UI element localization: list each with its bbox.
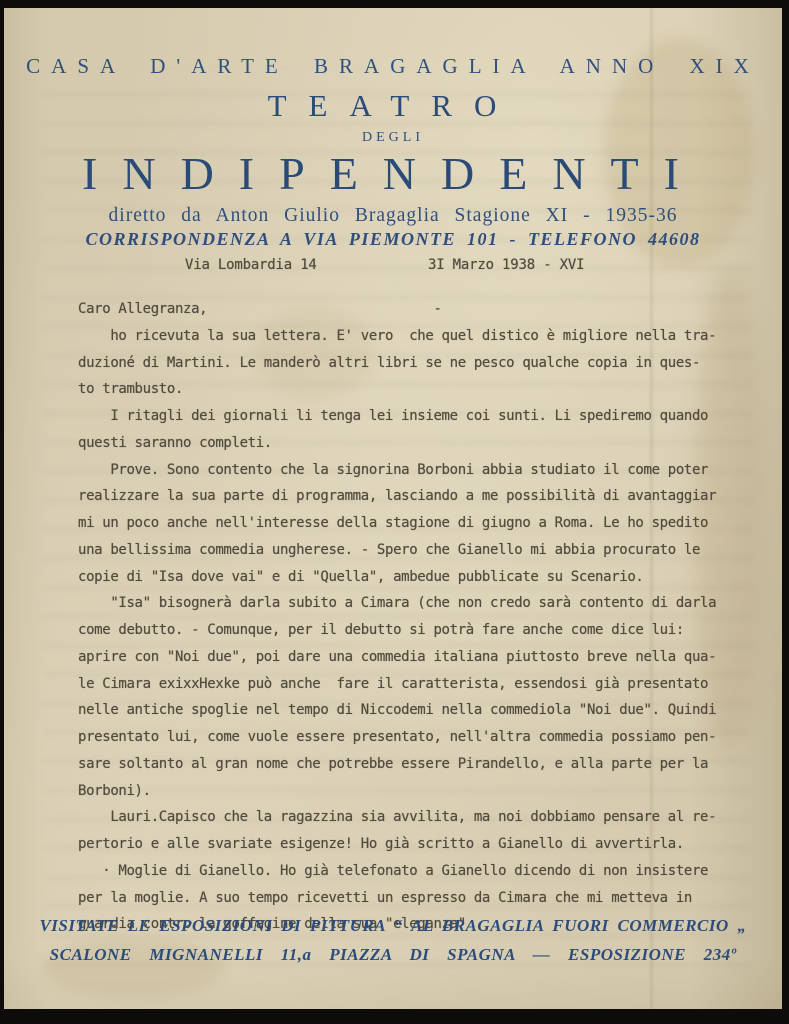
letter-paper: CASA D'ARTE BRAGAGLIA ANNO XIX TEATRO DE… xyxy=(4,8,782,1009)
typed-line: Caro Allegranza, - xyxy=(78,296,754,323)
letterhead-title-indipendenti: INDIPENDENTI xyxy=(4,147,782,200)
typed-line: nelle antiche spoglie nel tempo di Nicco… xyxy=(78,697,754,724)
typed-line: Borboni). xyxy=(78,778,754,805)
typed-line: to trambusto. xyxy=(78,376,754,403)
typed-line: le Cimara exixxHexke può anche fare il c… xyxy=(78,671,754,698)
letter-date: 3I Marzo 1938 - XVI xyxy=(428,257,584,273)
typed-line: I ritagli dei giornali li tenga lei insi… xyxy=(78,403,754,430)
typed-line: realizzare la sua parte di programma, la… xyxy=(78,483,754,510)
typed-line: · Moglie di Gianello. Ho già telefonato … xyxy=(78,858,754,885)
typed-line: ho ricevuta la sua lettera. E' vero che … xyxy=(78,323,754,350)
typed-line: sare soltanto al gran nome che potrebbe … xyxy=(78,751,754,778)
sender-address: Via Lombardia 14 xyxy=(185,257,317,273)
typed-line: copie di "Isa dove vai" e di "Quella", a… xyxy=(78,564,754,591)
letter-body: Caro Allegranza, - ho ricevuta la sua le… xyxy=(78,296,754,938)
typed-line: mi un poco anche nell'interesse della st… xyxy=(78,510,754,537)
typed-line: questi saranno completi. xyxy=(78,430,754,457)
scanned-letter-page: { "letterhead": { "accent_color": "#2d4d… xyxy=(0,0,789,1024)
typed-line: "Isa" bisognerà darla subito a Cimara (c… xyxy=(78,590,754,617)
letterhead-correspondence-line: CORRISPONDENZA A VIA PIEMONTE 101 - TELE… xyxy=(4,229,782,250)
typed-line: presentato lui, come vuole essere presen… xyxy=(78,724,754,751)
typed-line: Lauri.Capisco che la ragazzina sia avvil… xyxy=(78,804,754,831)
typed-line: una bellissima commedia ungherese. - Spe… xyxy=(78,537,754,564)
typed-line: Prove. Sono contento che la signorina Bo… xyxy=(78,457,754,484)
typed-line: duzioné di Martini. Le manderò altri lib… xyxy=(78,350,754,377)
letterhead-director-line: diretto da Anton Giulio Bragaglia Stagio… xyxy=(4,205,782,227)
typed-line: come debutto. - Comunque, per il debutto… xyxy=(78,617,754,644)
footer-exhibition-line1: VISITATE LE ESPOSIZIONI DI PITTURA “ AL … xyxy=(4,916,782,936)
letterhead-title-teatro: TEATRO xyxy=(4,88,782,124)
typed-line: pertorio e alle svariate esigenze! Ho gi… xyxy=(78,831,754,858)
footer-exhibition-line2: SCALONE MIGNANELLI 11,a PIAZZA DI SPAGNA… xyxy=(4,945,782,965)
letterhead-degli: DEGLI xyxy=(4,130,782,146)
typed-line: per la moglie. A suo tempo ricevetti un … xyxy=(78,885,754,912)
typed-line: aprire con "Noi due", poi dare una comme… xyxy=(78,644,754,671)
letterhead-org-line: CASA D'ARTE BRAGAGLIA ANNO XIX xyxy=(4,54,782,79)
